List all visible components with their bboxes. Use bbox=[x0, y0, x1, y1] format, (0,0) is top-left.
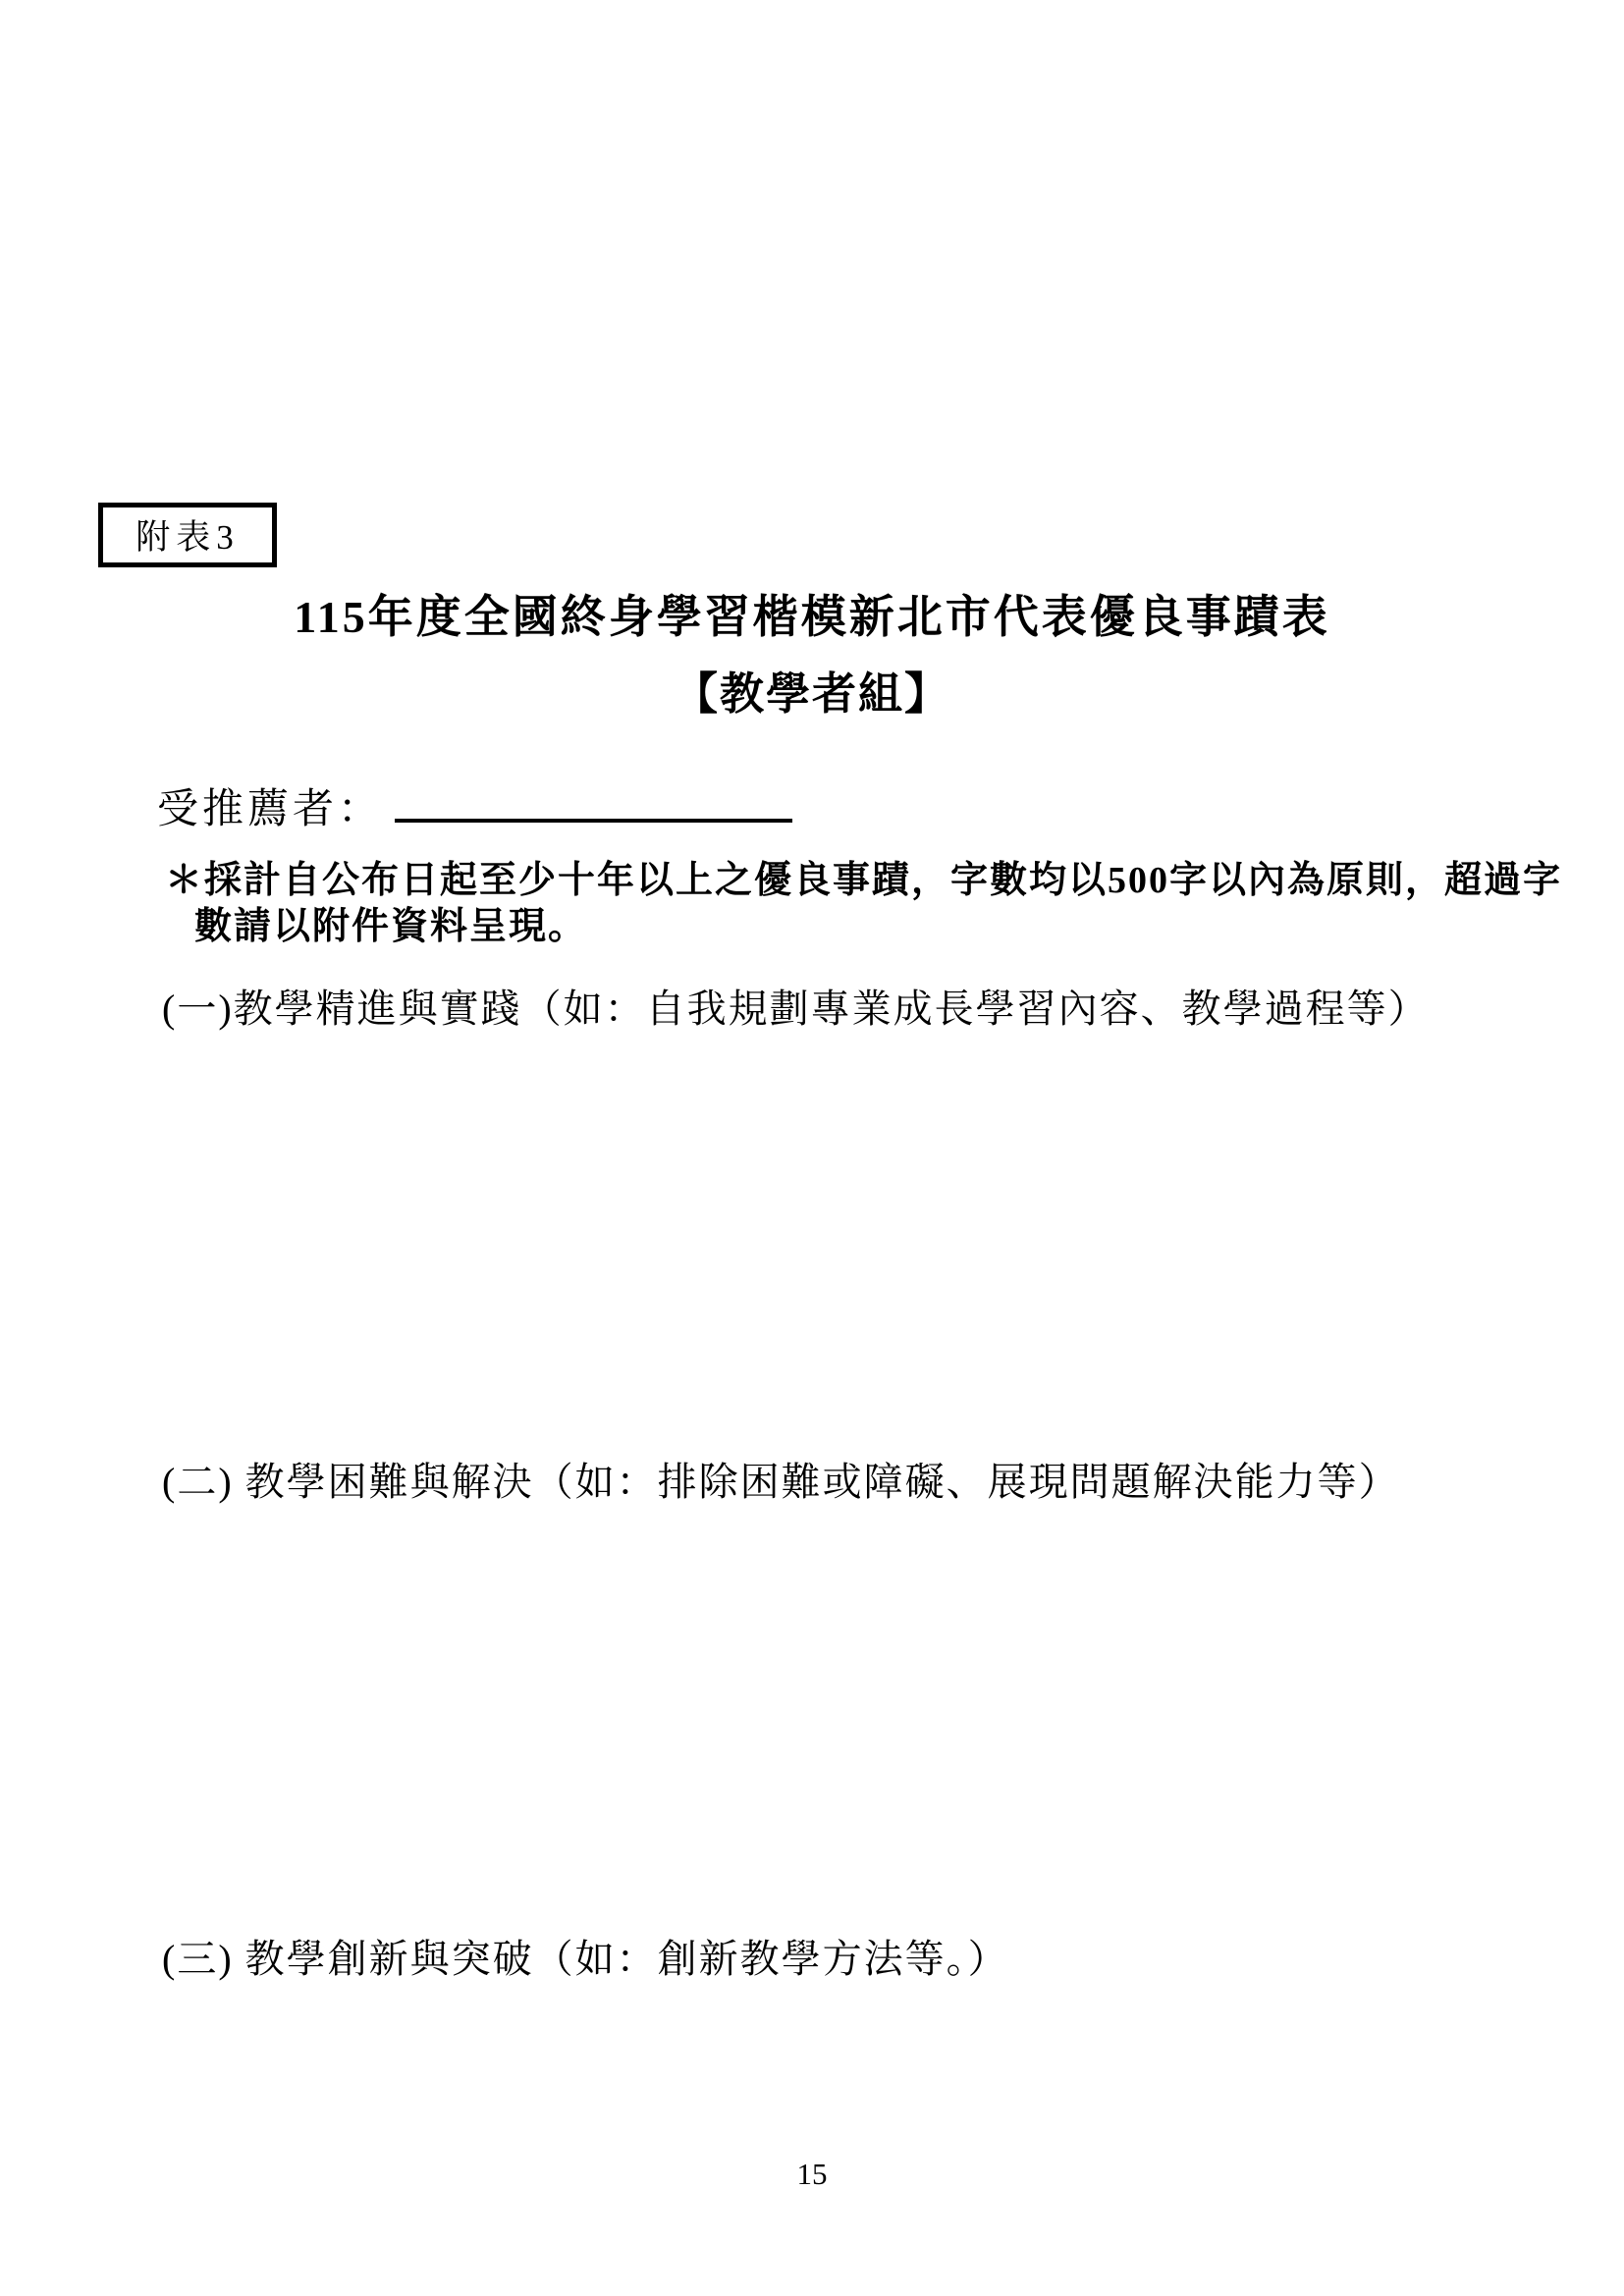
document-page: 附表3 115年度全國終身學習楷模新北市代表優良事蹟表 【教學者組】 受推薦者：… bbox=[0, 0, 1624, 2296]
note-line-1: ＊採計自公布日起至少十年以上之優良事蹟，字數均以500字以內為原則，超過字 bbox=[165, 858, 1562, 904]
page-number: 15 bbox=[0, 2157, 1624, 2192]
section-heading-1: (一)教學精進與實踐（如：自我規劃專業成長學習內容、教學過程等） bbox=[162, 978, 1430, 1034]
section-heading-2: (二) 教學困難與解決（如：排除困難或障礙、展現問題解決能力等） bbox=[162, 1451, 1400, 1507]
document-title: 115年度全國終身學習楷模新北市代表優良事蹟表 bbox=[0, 581, 1624, 646]
group-subtitle: 【教學者組】 bbox=[0, 658, 1624, 721]
appendix-tag-label: 附表3 bbox=[135, 510, 240, 560]
appendix-tag-box: 附表3 bbox=[98, 503, 277, 567]
section-heading-3: (三) 教學創新與突破（如：創新教學方法等。） bbox=[162, 1928, 1009, 1984]
nominee-row: 受推薦者： bbox=[157, 776, 792, 835]
note-paragraph: ＊採計自公布日起至少十年以上之優良事蹟，字數均以500字以內為原則，超過字 數請… bbox=[165, 858, 1562, 950]
nominee-label: 受推薦者： bbox=[157, 787, 383, 832]
nominee-blank-line bbox=[395, 777, 792, 823]
note-line-2: 數請以附件資料呈現。 bbox=[194, 904, 1562, 950]
